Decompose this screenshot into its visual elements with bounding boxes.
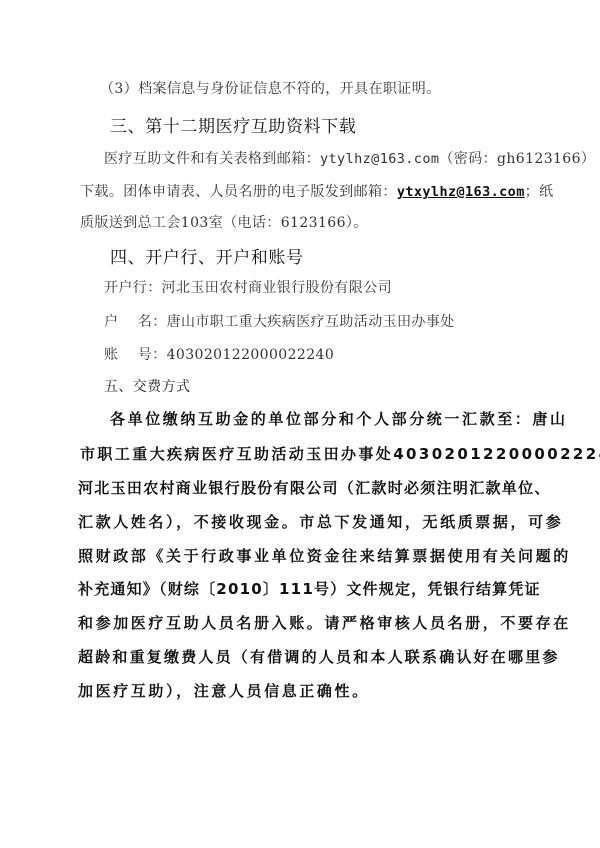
section-3-line-2: 下载。团体申请表、人员名册的电子版发到邮箱：ytxylhz@163.com；纸 bbox=[80, 181, 554, 201]
bank-label: 开户行： bbox=[104, 280, 162, 296]
payment-line-3: 河北玉田农村商业银行股份有限公司（汇款时必须注明汇款单位、 bbox=[78, 477, 551, 498]
payment-line-8: 超龄和重复缴费人员（有借调的人员和本人联系确认好在哪里参 bbox=[78, 646, 560, 667]
text: ；纸 bbox=[525, 184, 554, 200]
bank-row: 开户行：河北玉田农村商业银行股份有限公司 bbox=[104, 277, 392, 297]
text: 医疗互助文件和有关表格到邮箱： bbox=[104, 151, 320, 167]
account-number-value: 403020122000022240 bbox=[167, 347, 335, 363]
payment-line-7: 和参加医疗互助人员名册入账。请严格审核人员名册，不要存在 bbox=[78, 612, 571, 633]
account-number-row: 账 号：403020122000022240 bbox=[104, 344, 334, 364]
payment-line-4: 汇款人姓名），不接收现金。市总下发通知，无纸质票据，可参 bbox=[78, 511, 563, 532]
section-5-heading: 五、交费方式 bbox=[104, 376, 190, 396]
payment-line-5: 照财政部《关于行政事业单位资金往来结算票据使用有关问题的 bbox=[78, 545, 571, 566]
section-4-heading: 四、开户行、开户和账号 bbox=[110, 243, 304, 268]
account-name-label: 户 名： bbox=[104, 314, 167, 330]
payment-line-9: 加医疗互助），注意人员信息正确性。 bbox=[78, 680, 370, 701]
email-link-ytxylhz[interactable]: ytxylhz@163.com bbox=[397, 184, 525, 200]
payment-line-2: 市职工重大疾病医疗互助活动玉田办事处403020122000022240 bbox=[80, 443, 600, 464]
account-name-value: 唐山市职工重大疾病医疗互助活动玉田办事处 bbox=[167, 314, 455, 330]
section-3-line-1: 医疗互助文件和有关表格到邮箱：ytylhz@163.com（密码：gh61231… bbox=[104, 148, 595, 168]
account-name-row: 户 名：唐山市职工重大疾病医疗互助活动玉田办事处 bbox=[104, 311, 455, 331]
email-ytylhz: ytylhz@163.com bbox=[320, 151, 439, 167]
text: 下载。团体申请表、人员名册的电子版发到邮箱： bbox=[80, 184, 397, 200]
password-note: （密码：gh6123166） bbox=[439, 151, 595, 167]
payment-line-1: 各单位缴纳互助金的单位部分和个人部分统一汇款至：唐山 bbox=[110, 408, 568, 429]
payment-line-6: 补充通知》（财综〔2010〕111号）文件规定，凭银行结算凭证 bbox=[78, 578, 541, 599]
item-3-text: （3）档案信息与身份证信息不符的，开具在职证明。 bbox=[100, 78, 441, 98]
section-3-line-3: 质版送到总工会103室（电话：6123166）。 bbox=[80, 212, 368, 232]
section-3-heading: 三、第十二期医疗互助资料下载 bbox=[110, 112, 356, 137]
bank-value: 河北玉田农村商业银行股份有限公司 bbox=[162, 280, 392, 296]
account-number-label: 账 号： bbox=[104, 347, 167, 363]
